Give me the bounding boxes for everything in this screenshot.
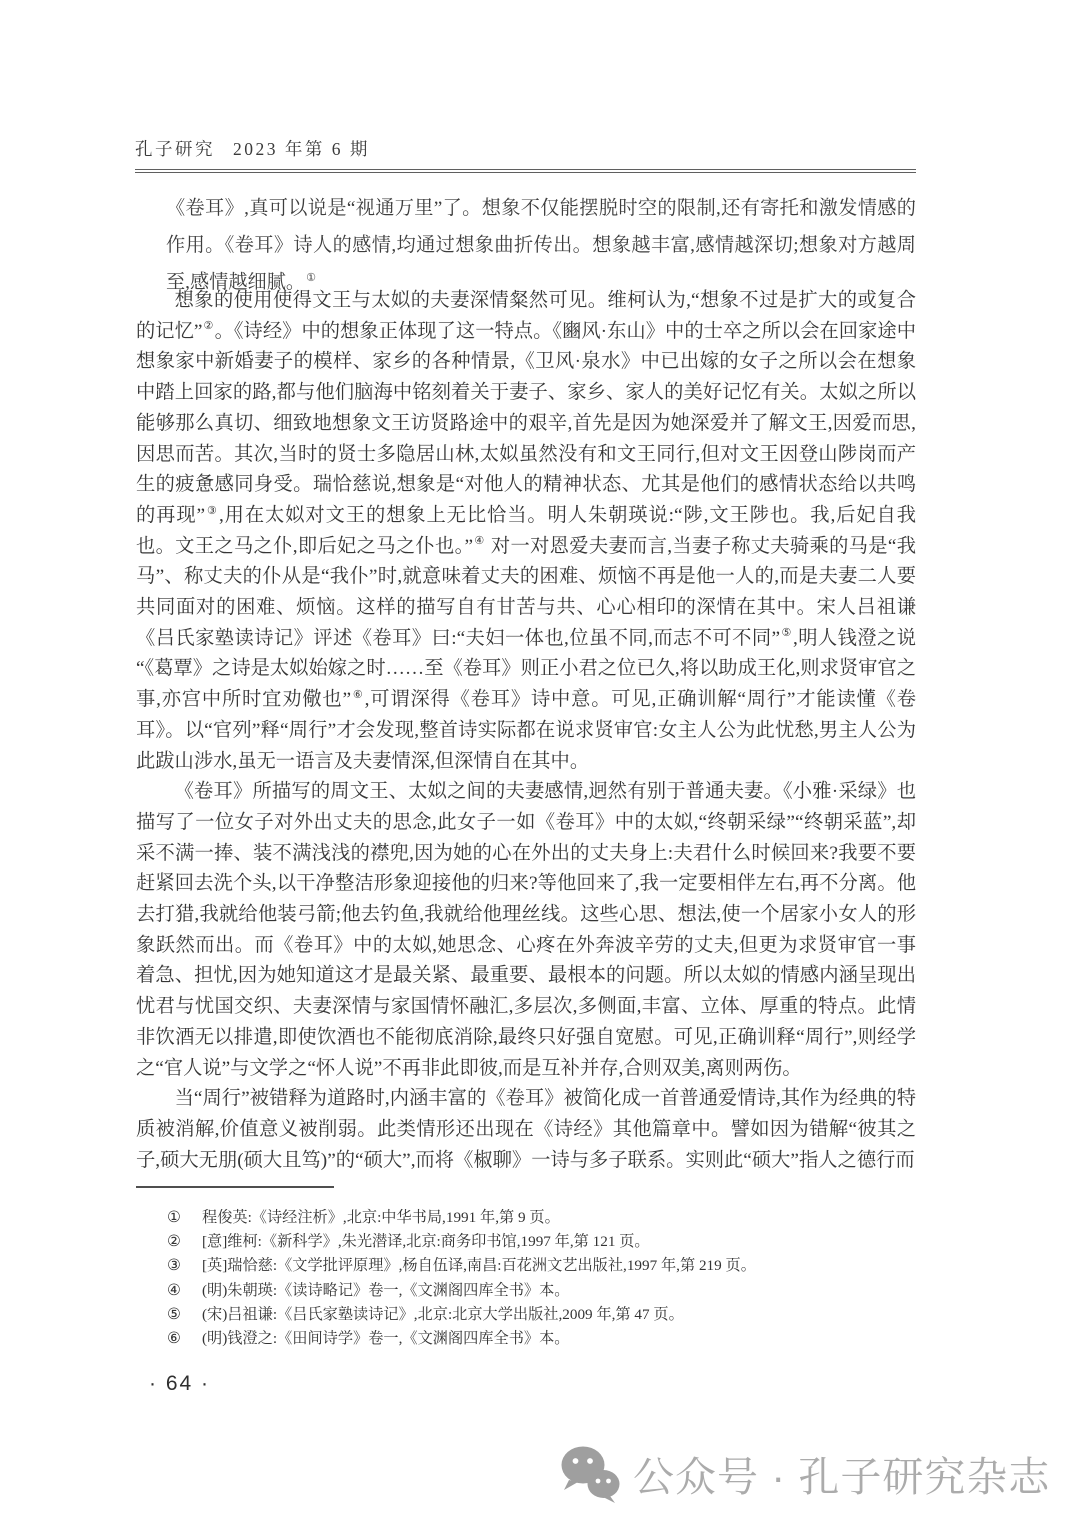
footnote-number: ③: [167, 1254, 189, 1278]
footnote: ⑥ (明)钱澄之:《田间诗学》卷一,《文渊阁四库全书》本。: [136, 1327, 926, 1351]
running-head: 孔子研究2023 年第 6 期: [135, 136, 916, 173]
footnote-text: (明)朱朝瑛:《读诗略记》卷一,《文渊阁四库全书》本。: [202, 1279, 926, 1303]
footnote-number: ④: [167, 1279, 189, 1303]
footnote: ④ (明)朱朝瑛:《读诗略记》卷一,《文渊阁四库全书》本。: [136, 1279, 926, 1303]
footnote-number: ⑥: [167, 1327, 189, 1351]
paragraph: 当“周行”被错释为道路时,内涵丰富的《卷耳》被简化成一首普通爱情诗,其作为经典的…: [136, 1084, 916, 1176]
footnote-text: [意]维柯:《新科学》,朱光潜译,北京:商务印书馆,1997 年,第 121 页…: [202, 1230, 926, 1254]
footnotes: ① 程俊英:《诗经注析》,北京:中华书局,1991 年,第 9 页。 ② [意]…: [136, 1186, 926, 1351]
page-number: · 64 ·: [149, 1372, 210, 1396]
watermark-text: 公众号 · 孔子研究杂志: [633, 1444, 1050, 1503]
footnote-text: [英]瑞恰慈:《文学批评原理》,杨自伍译,南昌:百花洲文艺出版社,1997 年,…: [202, 1254, 926, 1278]
block-quote: 《卷耳》,真可以说是“视通万里”了。想象不仅能摆脱时空的限制,还有寄托和激发情感…: [166, 190, 916, 301]
watermark: 公众号 · 孔子研究杂志: [560, 1444, 1050, 1503]
paragraph: 《卷耳》所描写的周文王、太姒之间的夫妻感情,迥然有别于普通夫妻。《小雅·采绿》也…: [136, 777, 916, 1084]
wechat-icon: [560, 1445, 620, 1503]
footnote: ① 程俊英:《诗经注析》,北京:中华书局,1991 年,第 9 页。: [136, 1206, 926, 1230]
journal-title: 孔子研究: [135, 139, 215, 159]
footnote: ③ [英]瑞恰慈:《文学批评原理》,杨自伍译,南昌:百花洲文艺出版社,1997 …: [136, 1254, 926, 1278]
footnote-text: 程俊英:《诗经注析》,北京:中华书局,1991 年,第 9 页。: [202, 1206, 926, 1230]
footnote-number: ⑤: [167, 1303, 189, 1327]
footnote: ② [意]维柯:《新科学》,朱光潜译,北京:商务印书馆,1997 年,第 121…: [136, 1230, 926, 1254]
footnote-number: ②: [167, 1230, 189, 1254]
paragraph: 想象的使用使得文王与太姒的夫妻深情粲然可见。维柯认为,“想象不过是扩大的或复合的…: [136, 286, 916, 777]
issue-info: 2023 年第 6 期: [233, 139, 370, 159]
footnote-text: (明)钱澄之:《田间诗学》卷一,《文渊阁四库全书》本。: [202, 1327, 926, 1351]
footnote: ⑤ (宋)吕祖谦:《吕氏家塾读诗记》,北京:北京大学出版社,2009 年,第 4…: [136, 1303, 926, 1327]
journal-page: 孔子研究2023 年第 6 期 《卷耳》,真可以说是“视通万里”了。想象不仅能摆…: [0, 0, 1080, 1526]
article-body: 想象的使用使得文王与太姒的夫妻深情粲然可见。维柯认为,“想象不过是扩大的或复合的…: [136, 286, 916, 1176]
footnote-number: ①: [167, 1206, 189, 1230]
footnote-text: (宋)吕祖谦:《吕氏家塾读诗记》,北京:北京大学出版社,2009 年,第 47 …: [202, 1303, 926, 1327]
footnote-separator: [136, 1186, 334, 1188]
